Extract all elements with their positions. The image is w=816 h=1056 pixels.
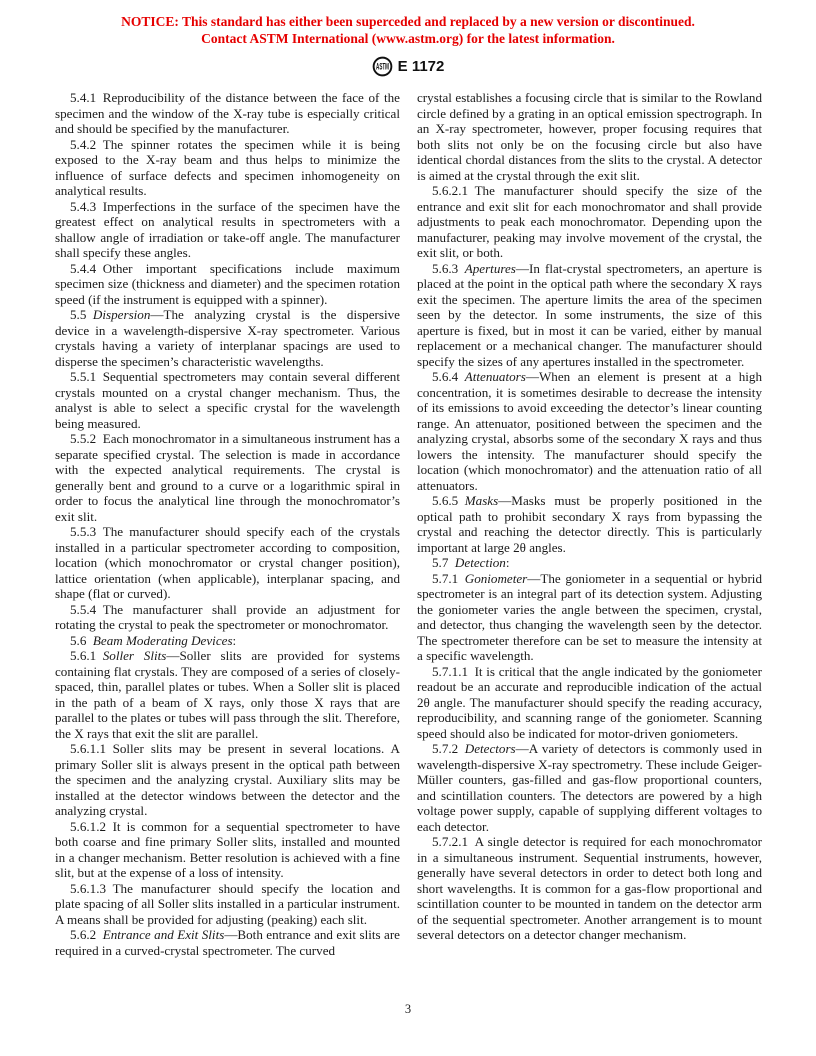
- astm-logo-icon: ASTM: [372, 56, 393, 77]
- paragraph-5.5.2: 5.5.2 Each monochromator in a simultaneo…: [55, 431, 400, 524]
- paragraph-5.4.2: 5.4.2 The spinner rotates the specimen w…: [55, 137, 400, 199]
- notice-line-1: NOTICE: This standard has either been su…: [0, 13, 816, 30]
- paragraph-5.7.1: 5.7.1 Goniometer—The goniometer in a seq…: [417, 571, 762, 664]
- paragraph-5.6.4: 5.6.4 Attenuators—When an element is pre…: [417, 369, 762, 493]
- paragraph-5.4.3: 5.4.3 Imperfections in the surface of th…: [55, 199, 400, 261]
- paragraph-5.6.1.3: 5.6.1.3 The manufacturer should specify …: [55, 881, 400, 928]
- svg-text:ASTM: ASTM: [376, 62, 389, 72]
- paragraph-5.4.4: 5.4.4 Other important specifications inc…: [55, 261, 400, 308]
- document-page: NOTICE: This standard has either been su…: [0, 0, 816, 1056]
- paragraph-5.7.2: 5.7.2 Detectors—A variety of detectors i…: [417, 741, 762, 834]
- right-column: crystal establishes a focusing circle th…: [417, 90, 762, 958]
- paragraph-5.6.1.1: 5.6.1.1 Soller slits may be present in s…: [55, 741, 400, 819]
- paragraph-5.5.3: 5.5.3 The manufacturer should specify ea…: [55, 524, 400, 602]
- paragraph-5.7.1.1: 5.7.1.1 It is critical that the angle in…: [417, 664, 762, 742]
- paragraph-5.6: 5.6 Beam Moderating Devices:: [55, 633, 400, 649]
- paragraph-continuation: crystal establishes a focusing circle th…: [417, 90, 762, 183]
- paragraph-5.6.1: 5.6.1 Soller Slits—Soller slits are prov…: [55, 648, 400, 741]
- paragraph-5.6.1.2: 5.6.1.2 It is common for a sequential sp…: [55, 819, 400, 881]
- paragraph-5.5.4: 5.5.4 The manufacturer shall provide an …: [55, 602, 400, 633]
- standard-designation: ASTM E 1172: [0, 56, 816, 77]
- paragraph-5.6.2: 5.6.2 Entrance and Exit Slits—Both entra…: [55, 927, 400, 958]
- paragraph-5.6.3: 5.6.3 Apertures—In flat-crystal spectrom…: [417, 261, 762, 370]
- paragraph-5.5.1: 5.5.1 Sequential spectrometers may conta…: [55, 369, 400, 431]
- document-body: 5.4.1 Reproducibility of the distance be…: [55, 90, 762, 958]
- paragraph-5.6.5: 5.6.5 Masks—Masks must be properly posit…: [417, 493, 762, 555]
- paragraph-5.7.2.1: 5.7.2.1 A single detector is required fo…: [417, 834, 762, 943]
- designation-code: E 1172: [398, 58, 445, 75]
- notice-line-2: Contact ASTM International (www.astm.org…: [0, 30, 816, 47]
- paragraph-5.6.2.1: 5.6.2.1 The manufacturer should specify …: [417, 183, 762, 261]
- left-column: 5.4.1 Reproducibility of the distance be…: [55, 90, 400, 958]
- paragraph-5.7: 5.7 Detection:: [417, 555, 762, 571]
- paragraph-5.4.1: 5.4.1 Reproducibility of the distance be…: [55, 90, 400, 137]
- notice-banner: NOTICE: This standard has either been su…: [0, 13, 816, 47]
- page-number: 3: [0, 1002, 816, 1017]
- paragraph-5.5: 5.5 Dispersion—The analyzing crystal is …: [55, 307, 400, 369]
